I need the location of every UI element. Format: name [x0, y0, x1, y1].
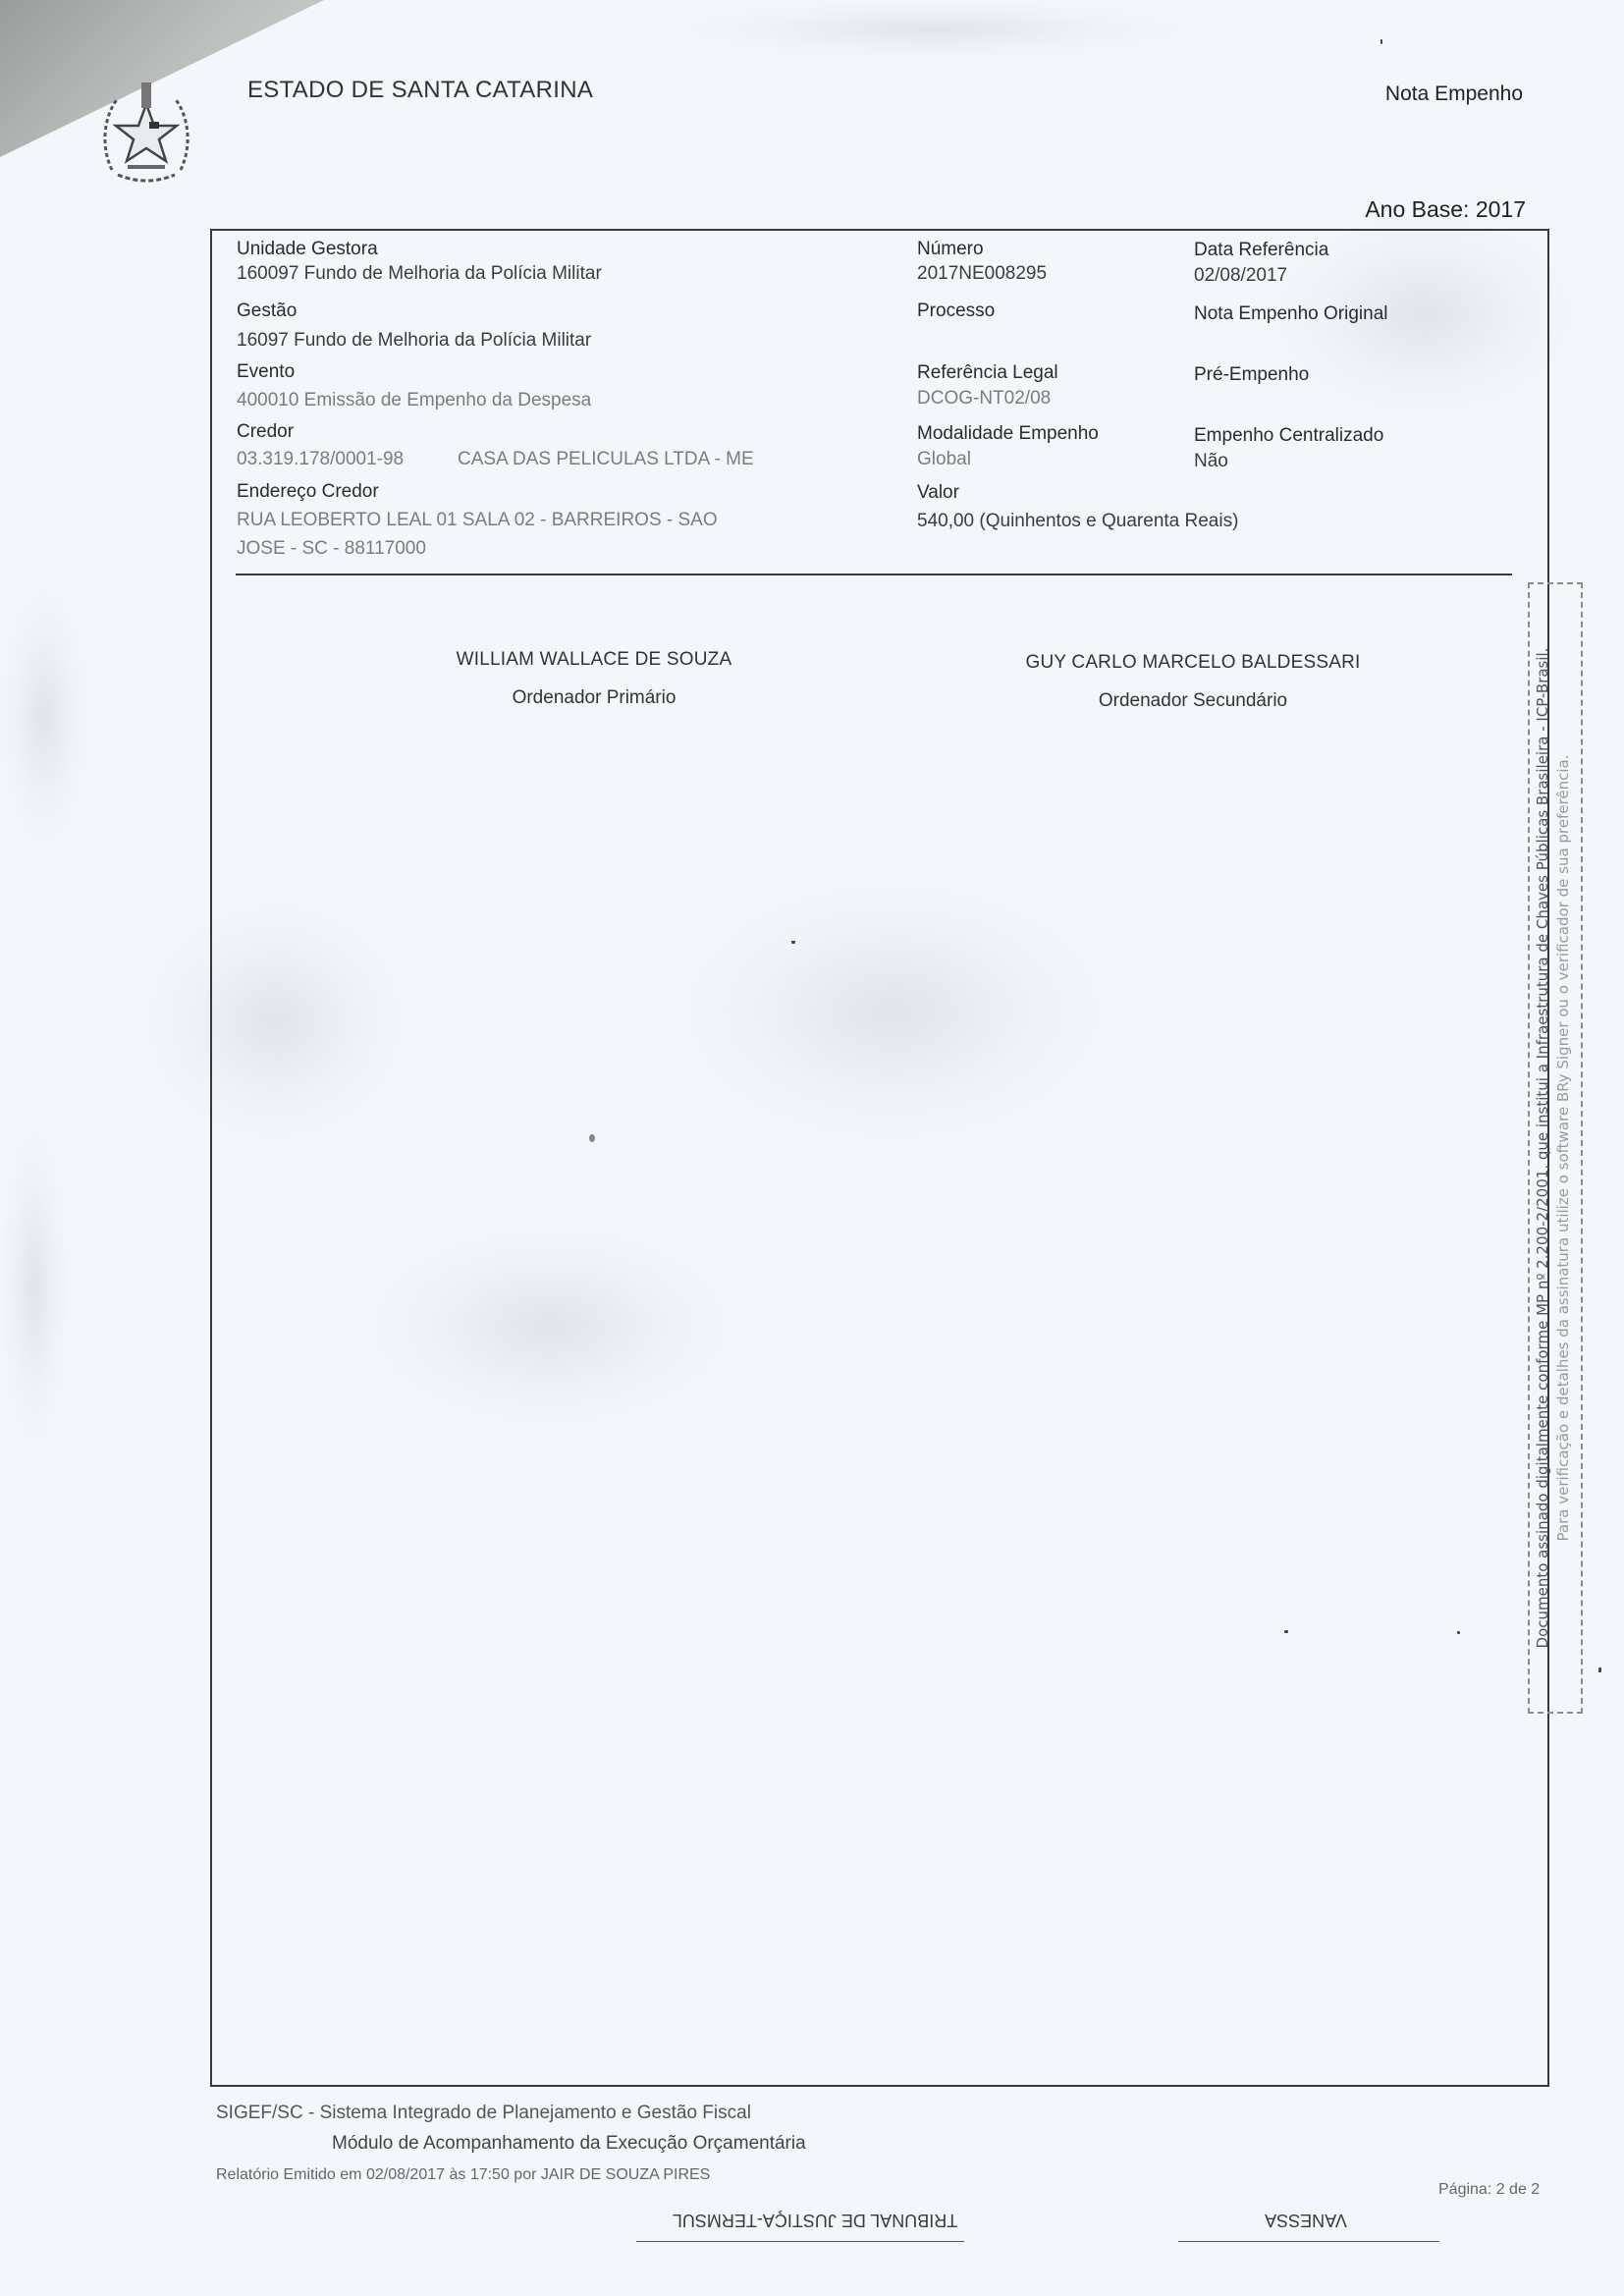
scan-speck — [1598, 1667, 1601, 1672]
pre-empenho-label: Pré-Empenho — [1194, 364, 1309, 386]
signatory-primary-role: Ordenador Primário — [349, 687, 839, 709]
empenho-centralizado-value: Não — [1194, 451, 1228, 472]
footer-module: Módulo de Acompanhamento da Execução Orç… — [332, 2133, 806, 2155]
signatory-secondary-role: Ordenador Secundário — [947, 690, 1438, 712]
coat-of-arms-icon — [98, 77, 194, 185]
endereco-credor-line2: JOSE - SC - 88117000 — [237, 538, 426, 560]
ano-base: Ano Base: 2017 — [1365, 196, 1526, 223]
signatory-primary-name: WILLIAM WALLACE DE SOUZA — [349, 649, 839, 671]
footer-system: SIGEF/SC - Sistema Integrado de Planejam… — [216, 2103, 751, 2124]
inverted-stamp-rule — [636, 2241, 964, 2242]
digital-signature-line2: Para verificação e detalhes da assinatur… — [1553, 588, 1574, 1708]
processo-label: Processo — [917, 301, 995, 322]
modalidade-empenho-label: Modalidade Empenho — [917, 423, 1099, 445]
data-referencia-value: 02/08/2017 — [1194, 265, 1287, 287]
scan-speck — [1457, 1631, 1460, 1634]
empenho-centralizado-label: Empenho Centralizado — [1194, 425, 1383, 447]
digital-signature-line1: Documento assinado digitalmente conforme… — [1533, 588, 1553, 1708]
modalidade-empenho-value: Global — [917, 449, 971, 470]
signatory-secondary-name: GUY CARLO MARCELO BALDESSARI — [947, 652, 1438, 674]
header-divider — [236, 574, 1512, 575]
state-title: ESTADO DE SANTA CATARINA — [247, 77, 593, 104]
digital-signature-text: Documento assinado digitalmente conforme… — [1533, 588, 1578, 1708]
scan-speck — [1284, 1630, 1288, 1633]
unidade-gestora-label: Unidade Gestora — [237, 239, 378, 260]
page-number: Página: 2 de 2 — [1438, 2181, 1540, 2199]
gestao-value: 16097 Fundo de Melhoria da Polícia Milit… — [237, 330, 591, 352]
document-title: Nota Empenho — [1385, 82, 1523, 106]
evento-value: 400010 Emissão de Empenho da Despesa — [237, 390, 591, 411]
gestao-label: Gestão — [237, 301, 297, 322]
evento-label: Evento — [237, 361, 295, 383]
unidade-gestora-value: 160097 Fundo de Melhoria da Polícia Mili… — [237, 263, 602, 285]
referencia-legal-label: Referência Legal — [917, 362, 1058, 384]
nota-empenho-original-label: Nota Empenho Original — [1194, 303, 1388, 325]
endereco-credor-label: Endereço Credor — [237, 481, 379, 503]
credor-label: Credor — [237, 421, 294, 443]
document-frame — [210, 229, 1549, 2087]
credor-name: CASA DAS PELICULAS LTDA - ME — [458, 449, 754, 470]
footer-issued: Relatório Emitido em 02/08/2017 às 17:50… — [216, 2166, 710, 2184]
numero-value: 2017NE008295 — [917, 263, 1047, 285]
numero-label: Número — [917, 239, 984, 260]
inverted-stamp-rule — [1178, 2241, 1439, 2242]
scan-smudge — [0, 1129, 69, 1444]
data-referencia-label: Data Referência — [1194, 240, 1328, 261]
inverted-stamp-court: TRIBUNAL DE JUSTIÇA-TERMSUL — [648, 2210, 982, 2230]
endereco-credor-line1: RUA LEOBERTO LEAL 01 SALA 02 - BARREIROS… — [237, 510, 718, 531]
credor-cnpj: 03.319.178/0001-98 — [237, 449, 404, 470]
scan-speck — [589, 1134, 595, 1142]
scan-speck — [791, 941, 795, 944]
inverted-stamp-name: VANESSA — [1188, 2210, 1424, 2230]
valor-value: 540,00 (Quinhentos e Quarenta Reais) — [917, 511, 1238, 532]
scan-speck — [1380, 39, 1382, 44]
valor-label: Valor — [917, 482, 959, 504]
referencia-legal-value: DCOG-NT02/08 — [917, 388, 1051, 410]
scan-smudge — [687, 0, 1178, 59]
scan-smudge — [0, 589, 88, 845]
